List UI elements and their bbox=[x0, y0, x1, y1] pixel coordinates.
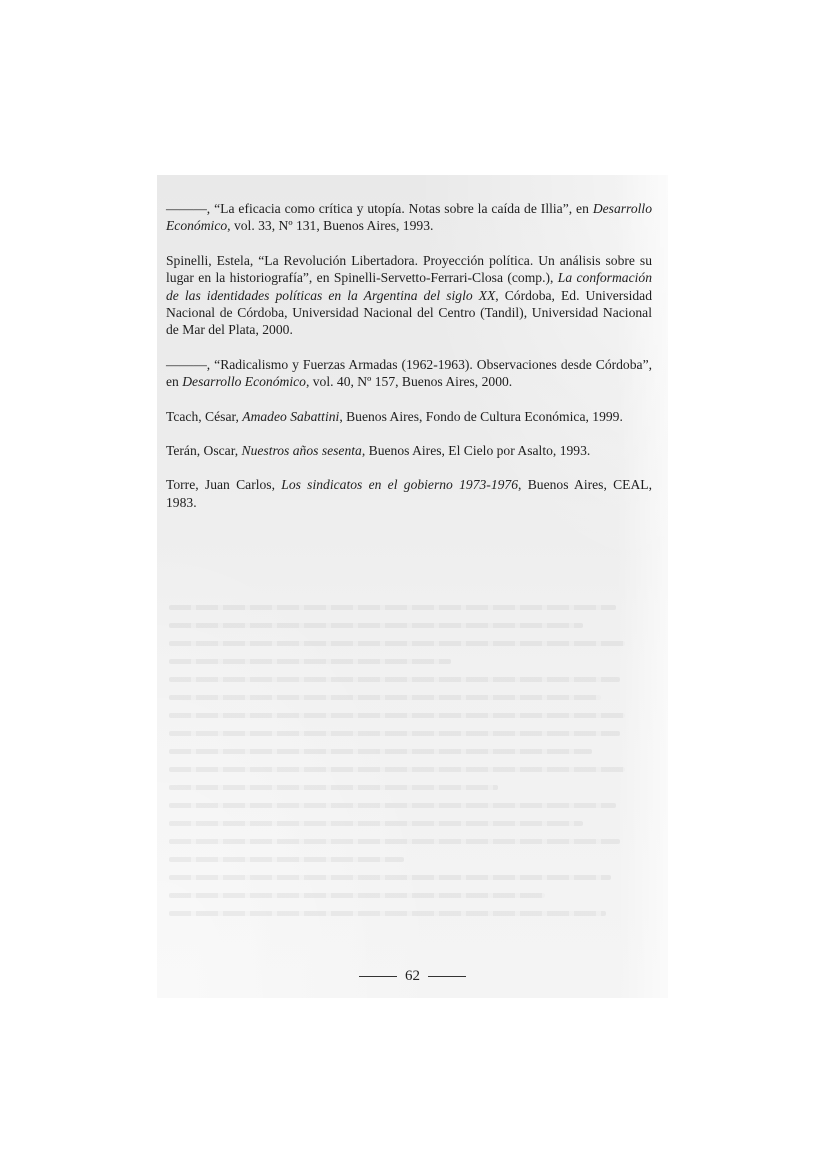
entry-text: , vol. 40, Nº 157, Buenos Aires, 2000. bbox=[306, 374, 512, 389]
entry-title-italic: Amadeo Sabattini bbox=[242, 409, 339, 424]
footer-rule-left bbox=[359, 976, 397, 977]
entry-text: Torre, Juan Carlos, bbox=[166, 477, 281, 492]
entry-text: Tcach, César, bbox=[166, 409, 242, 424]
entry-title-italic: Desarrollo Económico bbox=[182, 374, 306, 389]
show-through-texture bbox=[169, 605, 639, 945]
entry-text: , Buenos Aires, El Cielo por Asalto, 199… bbox=[362, 443, 590, 458]
entry-text: Terán, Oscar, bbox=[166, 443, 242, 458]
bibliography-entry: Terán, Oscar, Nuestros años sesenta, Bue… bbox=[166, 442, 652, 459]
entry-title-italic: Nuestros años sesenta bbox=[242, 443, 362, 458]
page-footer: 62 bbox=[157, 968, 668, 985]
page-number: 62 bbox=[405, 968, 420, 984]
entry-text: , vol. 33, Nº 131, Buenos Aires, 1993. bbox=[227, 218, 433, 233]
bibliography-entry: ———, “Radicalismo y Fuerzas Armadas (196… bbox=[166, 356, 652, 391]
footer-rule-right bbox=[428, 976, 466, 977]
bibliography-entry: ———, “La eficacia como crítica y utopía.… bbox=[166, 200, 652, 235]
entry-title-italic: Los sindicatos en el gobierno 1973-1976 bbox=[281, 477, 518, 492]
bibliography-list: ———, “La eficacia como crítica y utopía.… bbox=[166, 200, 652, 528]
bibliography-entry: Tcach, César, Amadeo Sabattini, Buenos A… bbox=[166, 408, 652, 425]
bibliography-entry: Torre, Juan Carlos, Los sindicatos en el… bbox=[166, 476, 652, 511]
entry-text: ———, “La eficacia como crítica y utopía.… bbox=[166, 201, 593, 216]
entry-text: , Buenos Aires, Fondo de Cultura Económi… bbox=[339, 409, 623, 424]
bibliography-entry: Spinelli, Estela, “La Revolución Liberta… bbox=[166, 252, 652, 339]
